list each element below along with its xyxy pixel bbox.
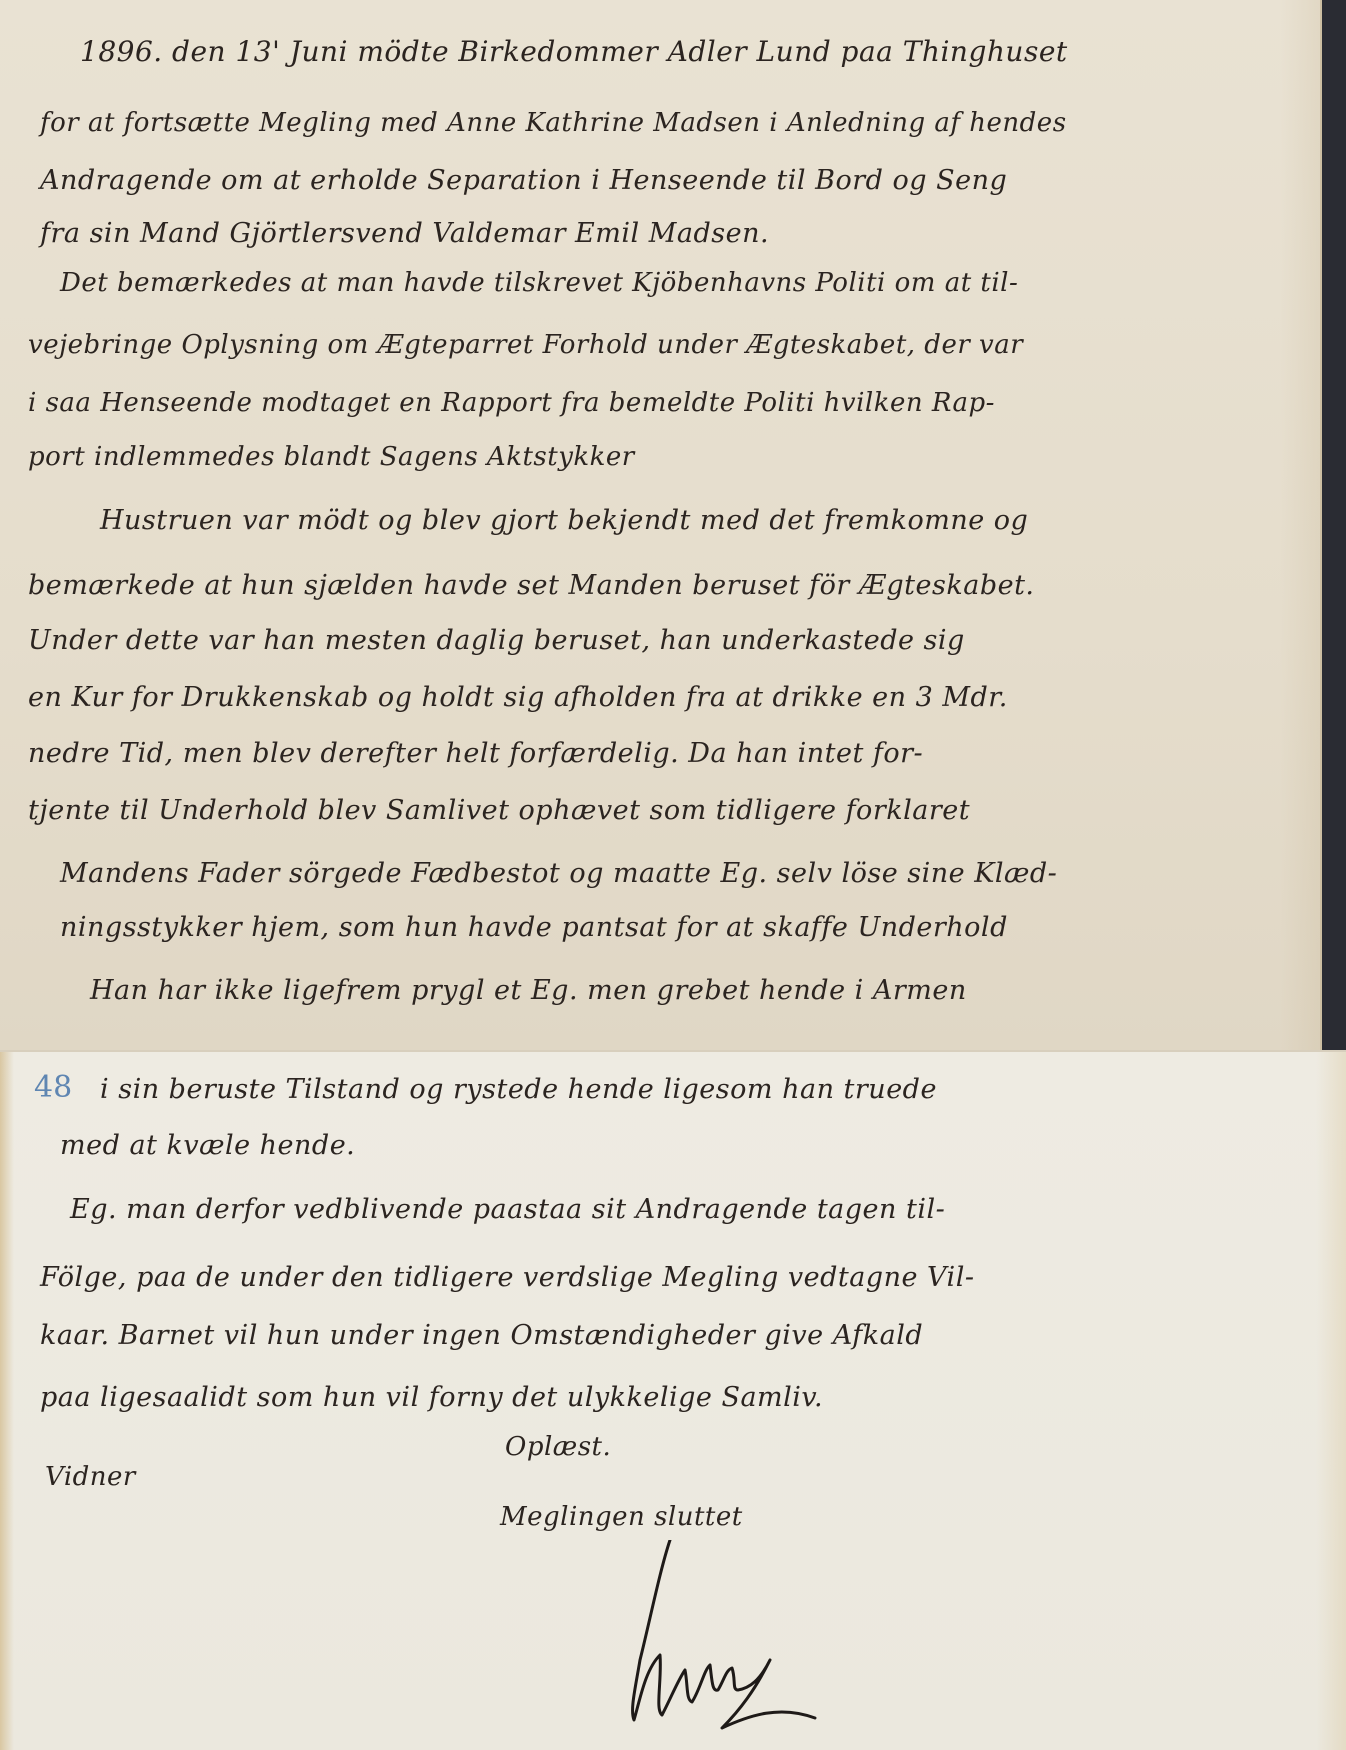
text-line-21: Fölge, paa de under den tidligere verdsl… xyxy=(40,1262,974,1293)
text-line-16: ningsstykker hjem, som hun havde pantsat… xyxy=(60,912,1008,943)
text-line-11: Under dette var han mesten daglig beruse… xyxy=(28,625,965,656)
text-line-5: Det bemærkedes at man havde tilskrevet K… xyxy=(60,268,1018,298)
text-line-4: fra sin Mand Gjörtlersvend Valdemar Emil… xyxy=(40,218,769,249)
text-line-15: Mandens Fader sörgede Fædbestot og maatt… xyxy=(60,858,1057,889)
text-line-1: 1896. den 13' Juni mödte Birkedommer Adl… xyxy=(80,35,1068,68)
text-line-20: Eg. man derfor vedblivende paastaa sit A… xyxy=(70,1194,945,1225)
text-line-10: bemærkede at hun sjælden havde set Mande… xyxy=(28,570,1035,601)
witnesses-label: Vidner xyxy=(45,1462,136,1492)
text-line-23: paa ligesaalidt som hun vil forny det ul… xyxy=(40,1382,823,1413)
text-line-8: port indlemmedes blandt Sagens Aktstykke… xyxy=(28,442,635,472)
text-line-22: kaar. Barnet vil hun under ingen Omstænd… xyxy=(40,1320,923,1351)
page-number: 48 xyxy=(34,1070,72,1105)
text-line-18: i sin beruste Tilstand og rystede hende … xyxy=(100,1074,937,1105)
mediation-concluded-note: Meglingen sluttet xyxy=(500,1502,743,1532)
text-line-6: vejebringe Oplysning om Ægteparret Forho… xyxy=(28,330,1023,360)
read-aloud-note: Oplæst. xyxy=(505,1432,611,1462)
text-line-17: Han har ikke ligefrem prygl et Eg. men g… xyxy=(90,975,967,1006)
text-line-9: Hustruen var mödt og blev gjort bekjendt… xyxy=(100,505,1028,536)
text-line-13: nedre Tid, men blev derefter helt forfær… xyxy=(28,738,923,769)
upper-page: 1896. den 13' Juni mödte Birkedommer Adl… xyxy=(0,0,1322,1050)
text-line-2: for at fortsætte Megling med Anne Kathri… xyxy=(40,108,1067,138)
text-line-12: en Kur for Drukkenskab og holdt sig afho… xyxy=(28,682,1008,713)
signature xyxy=(600,1540,860,1740)
text-line-7: i saa Henseende modtaget en Rapport fra … xyxy=(28,388,995,418)
text-line-19: med at kvæle hende. xyxy=(60,1130,355,1161)
text-line-3: Andragende om at erholde Separation i He… xyxy=(40,165,1007,196)
text-line-14: tjente til Underhold blev Samlivet ophæv… xyxy=(28,795,970,826)
